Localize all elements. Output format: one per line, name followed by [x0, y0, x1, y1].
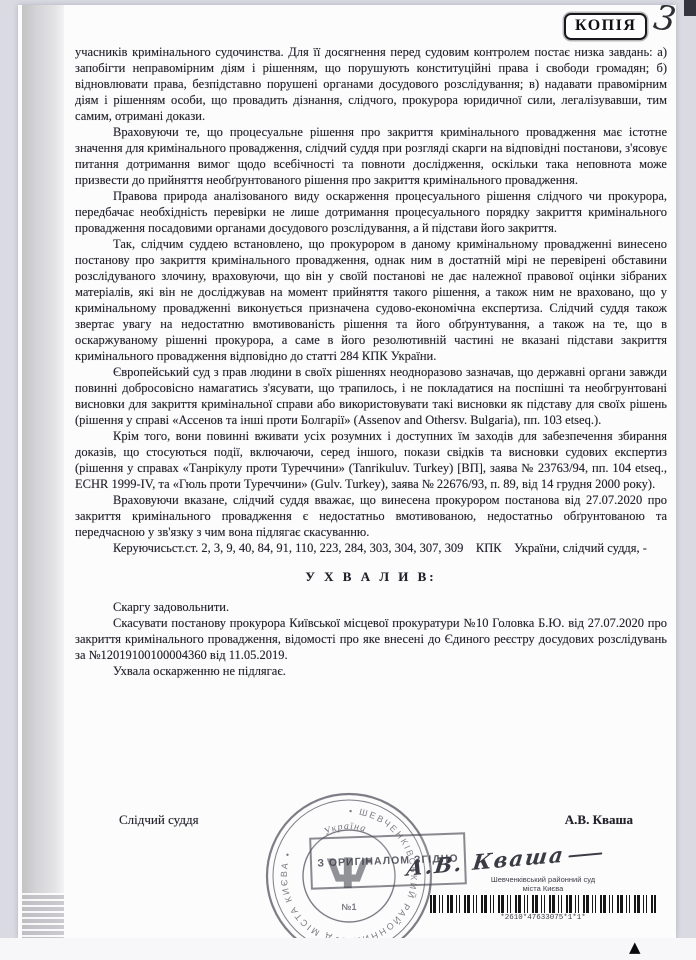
- document-viewer: КОПІЯ 3 учасників кримінального судочинс…: [0, 0, 696, 960]
- scan-band-paper-edges: [22, 893, 64, 938]
- resolution-heading: У Х В А Л И В:: [75, 569, 667, 585]
- copy-stamp: КОПІЯ: [564, 13, 647, 40]
- paragraph: Керуючисьст.ст. 2, 3, 9, 40, 84, 91, 110…: [75, 540, 667, 556]
- paragraph: Крім того, вони повинні вживати усіх роз…: [75, 428, 667, 492]
- paragraph: Так, слідчим суддею встановлено, що прок…: [75, 236, 667, 364]
- paragraph: Правова природа аналізованого виду оскар…: [75, 188, 667, 236]
- scan-corner-artifact: [684, 0, 696, 16]
- resolution-item: Скаргу задовольнити.: [75, 599, 667, 615]
- barcode-court-name-line2: міста Києва: [430, 884, 656, 893]
- barcode-icon: [430, 895, 656, 913]
- viewer-bottom-strip: [0, 938, 696, 960]
- handwritten-page-number: 3: [651, 5, 676, 40]
- scroll-up-icon[interactable]: ▲: [629, 940, 641, 955]
- scan-shadow-band: [22, 5, 64, 938]
- barcode-court-name-line1: Шевченківський районний суд: [430, 875, 656, 884]
- paragraph: Європейський суд з прав людини в своїх р…: [75, 364, 667, 428]
- resolution-item: Скасувати постанову прокурора Київської …: [75, 615, 667, 663]
- barcode-number: *2610*47633075*1*1*: [430, 914, 656, 923]
- judge-name: А.В. Кваша: [565, 812, 633, 828]
- scanned-page: КОПІЯ 3 учасників кримінального судочинс…: [18, 5, 676, 938]
- paragraph: Враховуючи вказане, слідчий суддя вважає…: [75, 492, 667, 540]
- registration-barcode-block: Шевченківський районний суд міста Києва …: [430, 875, 656, 923]
- paragraph: учасників кримінального судочинства. Для…: [75, 44, 667, 124]
- resolution-item: Ухвала оскарженню не підлягає.: [75, 663, 667, 679]
- document-body: учасників кримінального судочинства. Для…: [75, 44, 667, 679]
- judge-role-label: Слідчий суддя: [119, 812, 199, 828]
- seal-number: №1: [341, 902, 356, 912]
- paragraph: Враховуючи те, що процесуальне рішення п…: [75, 124, 667, 188]
